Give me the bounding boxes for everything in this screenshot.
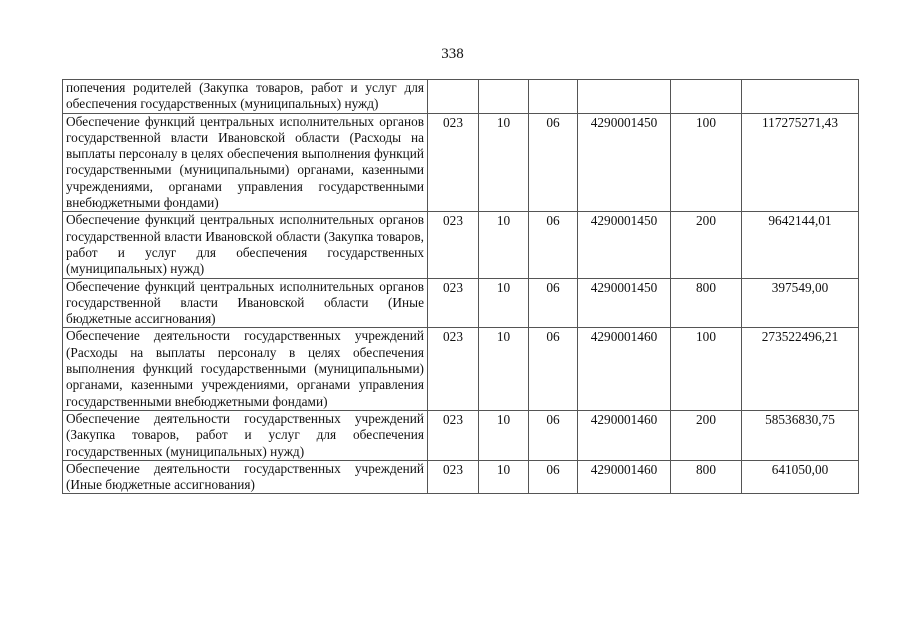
ministry-code [428, 80, 479, 114]
expense-description: Обеспечение деятельности государственных… [63, 328, 428, 410]
budget-table: попечения родителей (Закупка товаров, ра… [62, 79, 859, 494]
ministry-code: 023 [428, 328, 479, 410]
section-code: 10 [479, 328, 529, 410]
expense-description: Обеспечение функций центральных исполнит… [63, 113, 428, 212]
subsection-code: 06 [529, 212, 578, 278]
subsection-code: 06 [529, 328, 578, 410]
amount: 9642144,01 [742, 212, 859, 278]
ministry-code: 023 [428, 212, 479, 278]
amount [742, 80, 859, 114]
expense-type-code: 100 [671, 113, 742, 212]
expense-description: Обеспечение функций центральных исполнит… [63, 278, 428, 328]
expense-type-code: 800 [671, 278, 742, 328]
target-article-code: 4290001450 [578, 278, 671, 328]
section-code [479, 80, 529, 114]
table-row: попечения родителей (Закупка товаров, ра… [63, 80, 859, 114]
ministry-code: 023 [428, 113, 479, 212]
page-number: 338 [0, 46, 905, 63]
table-row: Обеспечение деятельности государственных… [63, 460, 859, 494]
section-code: 10 [479, 410, 529, 460]
target-article-code: 4290001450 [578, 113, 671, 212]
ministry-code: 023 [428, 460, 479, 494]
expense-description: Обеспечение деятельности государственных… [63, 410, 428, 460]
expense-type-code: 800 [671, 460, 742, 494]
table-row: Обеспечение функций центральных исполнит… [63, 113, 859, 212]
expense-type-code: 100 [671, 328, 742, 410]
subsection-code: 06 [529, 410, 578, 460]
target-article-code: 4290001460 [578, 460, 671, 494]
subsection-code: 06 [529, 113, 578, 212]
table-row: Обеспечение деятельности государственных… [63, 328, 859, 410]
expense-description: Обеспечение деятельности государственных… [63, 460, 428, 494]
budget-table-body: попечения родителей (Закупка товаров, ра… [63, 80, 859, 494]
amount: 397549,00 [742, 278, 859, 328]
subsection-code: 06 [529, 278, 578, 328]
table-row: Обеспечение функций центральных исполнит… [63, 278, 859, 328]
subsection-code [529, 80, 578, 114]
expense-type-code [671, 80, 742, 114]
ministry-code: 023 [428, 278, 479, 328]
expense-description: Обеспечение функций центральных исполнит… [63, 212, 428, 278]
section-code: 10 [479, 278, 529, 328]
ministry-code: 023 [428, 410, 479, 460]
table-row: Обеспечение деятельности государственных… [63, 410, 859, 460]
expense-type-code: 200 [671, 410, 742, 460]
amount: 273522496,21 [742, 328, 859, 410]
target-article-code: 4290001450 [578, 212, 671, 278]
target-article-code [578, 80, 671, 114]
section-code: 10 [479, 212, 529, 278]
section-code: 10 [479, 460, 529, 494]
expense-description: попечения родителей (Закупка товаров, ра… [63, 80, 428, 114]
section-code: 10 [479, 113, 529, 212]
table-row: Обеспечение функций центральных исполнит… [63, 212, 859, 278]
target-article-code: 4290001460 [578, 410, 671, 460]
amount: 641050,00 [742, 460, 859, 494]
amount: 58536830,75 [742, 410, 859, 460]
amount: 117275271,43 [742, 113, 859, 212]
subsection-code: 06 [529, 460, 578, 494]
expense-type-code: 200 [671, 212, 742, 278]
target-article-code: 4290001460 [578, 328, 671, 410]
